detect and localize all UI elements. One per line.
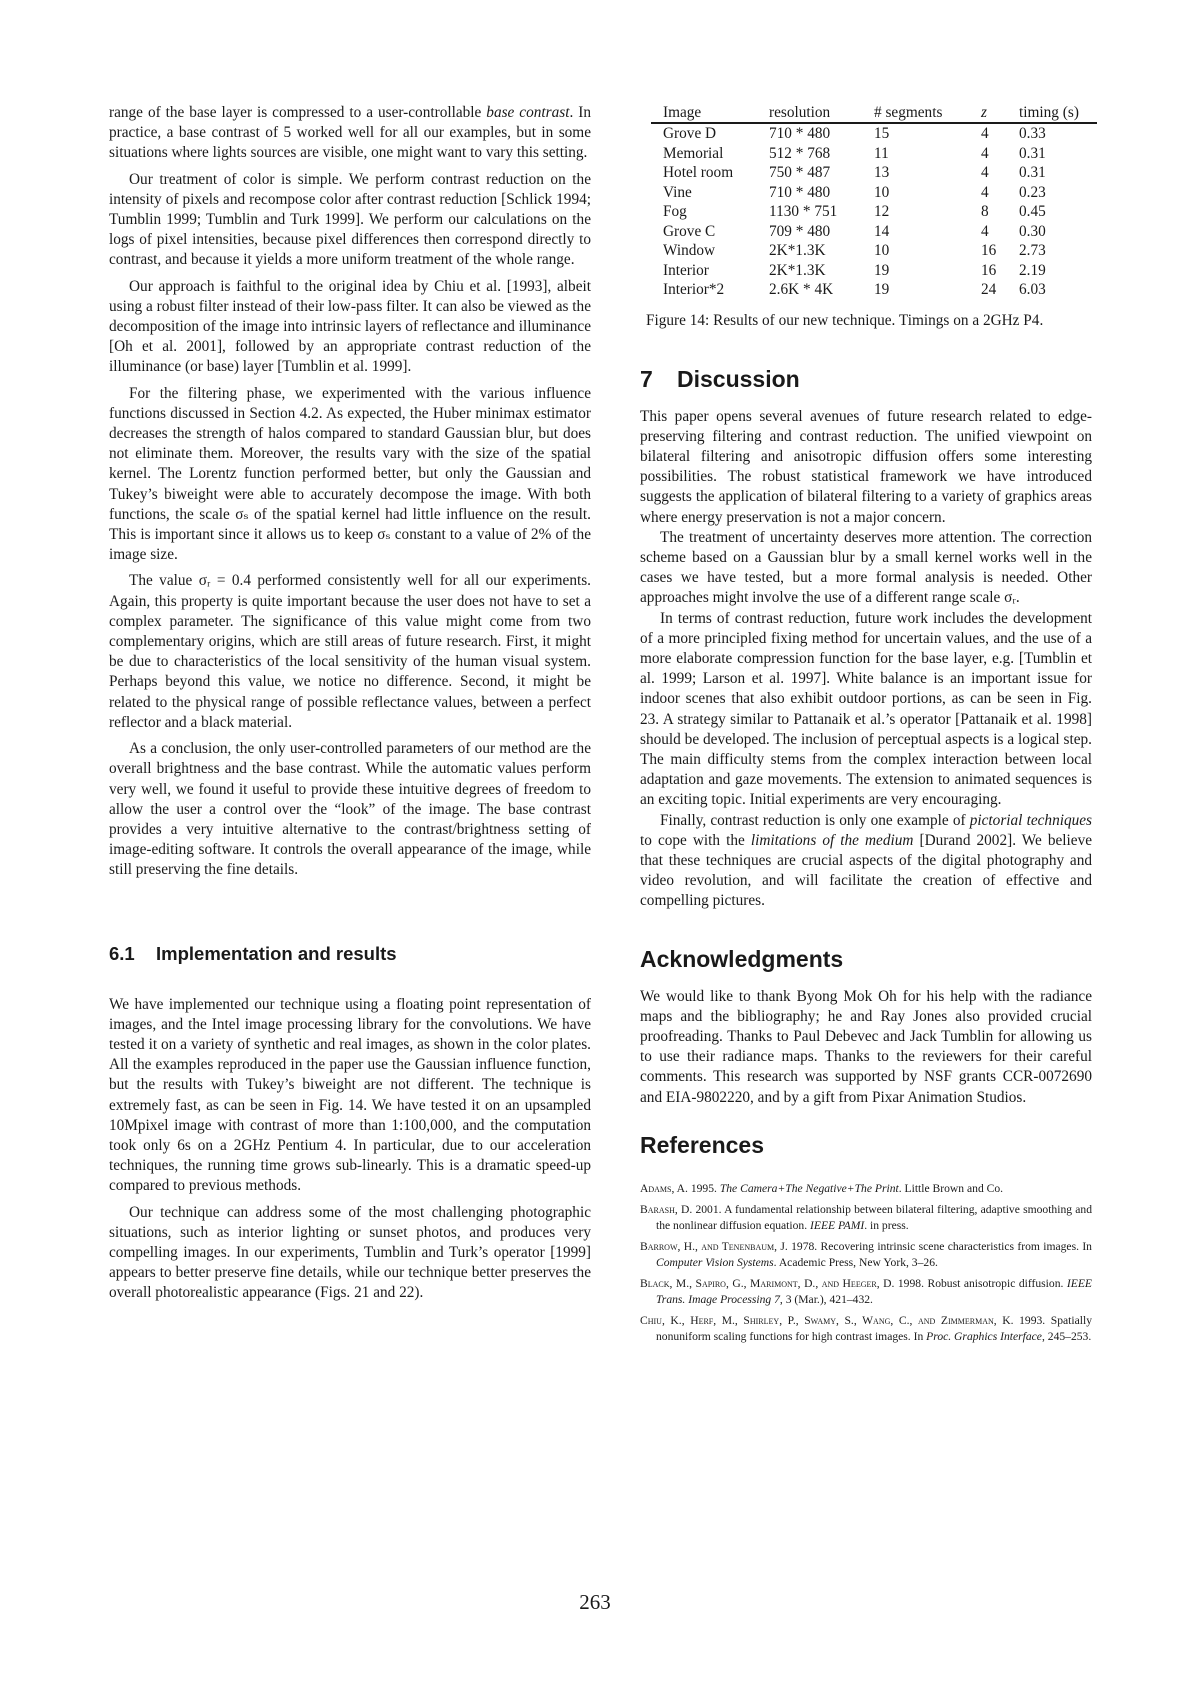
reference-list: Adams, A. 1995. The Camera+The Negative+… bbox=[640, 1181, 1092, 1345]
paragraph-base-contrast: range of the base layer is compressed to… bbox=[109, 103, 591, 164]
cell-resolution: 2K*1.3K bbox=[769, 241, 874, 261]
acknowledgments-heading: Acknowledgments bbox=[640, 946, 1092, 973]
reference-text: . Little Brown and Co. bbox=[899, 1182, 1003, 1195]
cell-timing: 0.33 bbox=[1019, 123, 1097, 144]
paragraph-conclusion: As a conclusion, the only user-controlle… bbox=[109, 739, 591, 880]
cell-timing: 0.31 bbox=[1019, 144, 1097, 164]
text-run: range of the base layer is compressed to… bbox=[109, 104, 486, 121]
table-row: Hotel room750 * 4871340.31 bbox=[651, 163, 1097, 183]
reference-text: 1998. Robust anisotropic diffusion. bbox=[894, 1277, 1067, 1290]
cell-resolution: 2K*1.3K bbox=[769, 261, 874, 281]
table-row: Memorial512 * 7681140.31 bbox=[651, 144, 1097, 164]
table-row: Grove C709 * 4801440.30 bbox=[651, 222, 1097, 242]
cell-timing: 0.23 bbox=[1019, 183, 1097, 203]
right-column: Image resolution # segments z timing (s)… bbox=[640, 103, 1092, 1350]
emphasis-limitations: limitations of the medium bbox=[751, 832, 914, 849]
paragraph-challenging-situations: Our technique can address some of the mo… bbox=[109, 1203, 591, 1304]
paragraph-uncertainty: The treatment of uncertainty deserves mo… bbox=[640, 528, 1092, 609]
cell-segments: 13 bbox=[874, 163, 981, 183]
reference-item: Barrow, H., and Tenenbaum, J. 1978. Reco… bbox=[640, 1239, 1092, 1271]
section-heading-6-1: 6.1Implementation and results bbox=[109, 943, 591, 965]
reference-item: Black, M., Sapiro, G., Marimont, D., and… bbox=[640, 1276, 1092, 1308]
reference-venue: Computer Vision Systems bbox=[656, 1256, 774, 1269]
cell-z: 4 bbox=[981, 123, 1019, 144]
cell-image: Grove D bbox=[651, 123, 769, 144]
header-image: Image bbox=[651, 103, 769, 123]
reference-authors: Chiu, K., Herf, M., Shirley, P., Swamy, … bbox=[640, 1314, 1014, 1327]
reference-text: , 3 (Mar.), 421–432. bbox=[780, 1293, 873, 1306]
reference-item: Chiu, K., Herf, M., Shirley, P., Swamy, … bbox=[640, 1313, 1092, 1345]
cell-segments: 12 bbox=[874, 202, 981, 222]
text-run: Finally, contrast reduction is only one … bbox=[660, 812, 970, 829]
table-row: Window2K*1.3K10162.73 bbox=[651, 241, 1097, 261]
cell-z: 4 bbox=[981, 222, 1019, 242]
cell-image: Interior bbox=[651, 261, 769, 281]
cell-timing: 2.19 bbox=[1019, 261, 1097, 281]
table-row: Interior*22.6K * 4K19246.03 bbox=[651, 280, 1097, 300]
paragraph-future-work: In terms of contrast reduction, future w… bbox=[640, 609, 1092, 811]
cell-segments: 11 bbox=[874, 144, 981, 164]
cell-resolution: 512 * 768 bbox=[769, 144, 874, 164]
paragraph-discussion-intro: This paper opens several avenues of futu… bbox=[640, 407, 1092, 528]
header-segments: # segments bbox=[874, 103, 981, 123]
cell-resolution: 710 * 480 bbox=[769, 123, 874, 144]
reference-text: . Academic Press, New York, 3–26. bbox=[774, 1256, 938, 1269]
reference-authors: Black, M., Sapiro, G., Marimont, D., and… bbox=[640, 1277, 894, 1290]
cell-z: 8 bbox=[981, 202, 1019, 222]
cell-segments: 19 bbox=[874, 280, 981, 300]
table-row: Grove D710 * 4801540.33 bbox=[651, 123, 1097, 144]
paragraph-filtering-phase: For the filtering phase, we experimented… bbox=[109, 384, 591, 566]
cell-segments: 14 bbox=[874, 222, 981, 242]
cell-timing: 0.30 bbox=[1019, 222, 1097, 242]
cell-timing: 0.45 bbox=[1019, 202, 1097, 222]
reference-text: , 245–253. bbox=[1042, 1330, 1091, 1343]
section-title: Implementation and results bbox=[156, 943, 397, 964]
acknowledgments-text: We would like to thank Byong Mok Oh for … bbox=[640, 987, 1092, 1108]
cell-timing: 2.73 bbox=[1019, 241, 1097, 261]
paragraph-implementation: We have implemented our technique using … bbox=[109, 995, 591, 1197]
paragraph-sigma-r: The value σᵣ = 0.4 performed consistentl… bbox=[109, 571, 591, 733]
table-row: Interior2K*1.3K19162.19 bbox=[651, 261, 1097, 281]
reference-authors: Adams, A. bbox=[640, 1182, 688, 1195]
cell-image: Memorial bbox=[651, 144, 769, 164]
reference-authors: Barrow, H., and Tenenbaum, J. bbox=[640, 1240, 788, 1253]
cell-z: 24 bbox=[981, 280, 1019, 300]
paragraph-finally: Finally, contrast reduction is only one … bbox=[640, 811, 1092, 912]
cell-z: 4 bbox=[981, 183, 1019, 203]
cell-image: Grove C bbox=[651, 222, 769, 242]
header-timing: timing (s) bbox=[1019, 103, 1097, 123]
reference-text: 1995. bbox=[688, 1182, 720, 1195]
left-column: range of the base layer is compressed to… bbox=[109, 103, 591, 1304]
cell-resolution: 710 * 480 bbox=[769, 183, 874, 203]
reference-venue: IEEE PAMI bbox=[810, 1219, 864, 1232]
cell-resolution: 1130 * 751 bbox=[769, 202, 874, 222]
cell-resolution: 709 * 480 bbox=[769, 222, 874, 242]
reference-text: . in press. bbox=[864, 1219, 908, 1232]
table-row: Vine710 * 4801040.23 bbox=[651, 183, 1097, 203]
cell-resolution: 750 * 487 bbox=[769, 163, 874, 183]
reference-item: Barash, D. 2001. A fundamental relations… bbox=[640, 1202, 1092, 1234]
cell-timing: 0.31 bbox=[1019, 163, 1097, 183]
cell-z: 16 bbox=[981, 241, 1019, 261]
reference-venue: Proc. Graphics Interface bbox=[926, 1330, 1042, 1343]
reference-text: 1978. Recovering intrinsic scene charact… bbox=[788, 1240, 1092, 1253]
section-heading-7: 7Discussion bbox=[640, 366, 1092, 393]
cell-z: 16 bbox=[981, 261, 1019, 281]
results-table: Image resolution # segments z timing (s)… bbox=[651, 103, 1097, 300]
cell-z: 4 bbox=[981, 163, 1019, 183]
table-header-row: Image resolution # segments z timing (s) bbox=[651, 103, 1097, 123]
figure-caption: Figure 14: Results of our new technique.… bbox=[646, 312, 1092, 330]
text-run: to cope with the bbox=[640, 832, 751, 849]
emphasis-pictorial-techniques: pictorial tech­niques bbox=[970, 812, 1092, 829]
section-title: Discussion bbox=[677, 366, 800, 392]
cell-z: 4 bbox=[981, 144, 1019, 164]
cell-segments: 15 bbox=[874, 123, 981, 144]
figure-14: Image resolution # segments z timing (s)… bbox=[640, 103, 1092, 330]
emphasis-base-contrast: base contrast bbox=[486, 104, 569, 121]
page-number: 263 bbox=[0, 1590, 1190, 1615]
references-heading: References bbox=[640, 1132, 1092, 1159]
section-number: 7 bbox=[640, 366, 677, 393]
table-row: Fog1130 * 7511280.45 bbox=[651, 202, 1097, 222]
reference-venue: The Camera+The Negative+The Print bbox=[720, 1182, 899, 1195]
paragraph-color-treatment: Our treatment of color is simple. We per… bbox=[109, 170, 591, 271]
cell-image: Interior*2 bbox=[651, 280, 769, 300]
header-resolution: resolution bbox=[769, 103, 874, 123]
cell-segments: 19 bbox=[874, 261, 981, 281]
cell-image: Window bbox=[651, 241, 769, 261]
reference-item: Adams, A. 1995. The Camera+The Negative+… bbox=[640, 1181, 1092, 1197]
cell-timing: 6.03 bbox=[1019, 280, 1097, 300]
cell-image: Fog bbox=[651, 202, 769, 222]
cell-segments: 10 bbox=[874, 241, 981, 261]
header-z: z bbox=[981, 103, 1019, 123]
cell-segments: 10 bbox=[874, 183, 981, 203]
cell-resolution: 2.6K * 4K bbox=[769, 280, 874, 300]
paragraph-approach: Our approach is faithful to the original… bbox=[109, 277, 591, 378]
cell-image: Vine bbox=[651, 183, 769, 203]
section-number: 6.1 bbox=[109, 943, 156, 965]
cell-image: Hotel room bbox=[651, 163, 769, 183]
reference-authors: Barash, D. bbox=[640, 1203, 692, 1216]
